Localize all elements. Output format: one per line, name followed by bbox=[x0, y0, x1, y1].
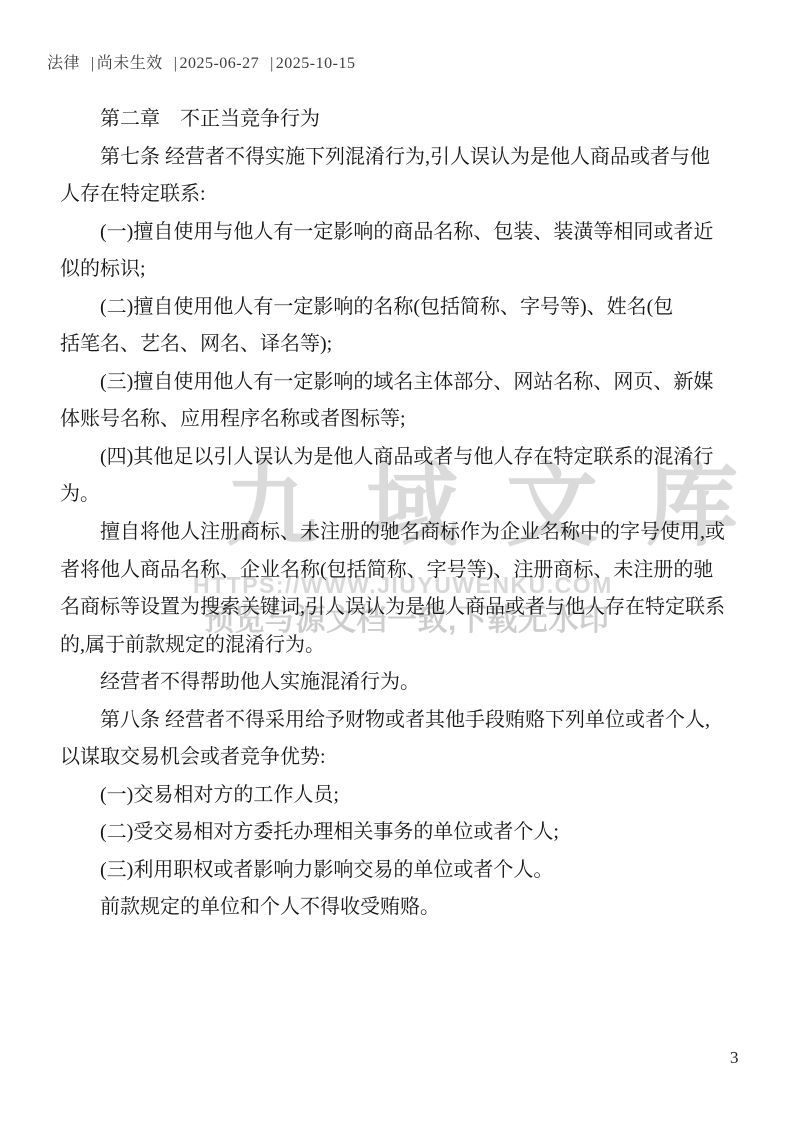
effective-date: 2025-10-15 bbox=[276, 55, 356, 72]
document-body: 第二章 不正当竞争行为第七条 经营者不得实施下列混淆行为,引人误认为是他人商品或… bbox=[60, 101, 738, 927]
body-line: (四)其他足以引人误认为是他人商品或者与他人存在特定联系的混淆行 bbox=[60, 439, 738, 477]
document-page: 法律|尚未生效|2025-06-27|2025-10-15 九域文库 HTTPS… bbox=[0, 0, 793, 1122]
body-line: 以谋取交易机会或者竞争优势: bbox=[60, 739, 738, 777]
page-number: 3 bbox=[730, 1048, 739, 1068]
body-line: (一)擅自使用与他人有一定影响的商品名称、包装、装潢等相同或者近 bbox=[60, 214, 738, 252]
status-label: 尚未生效 bbox=[97, 55, 163, 72]
body-line: 为。 bbox=[60, 476, 738, 514]
meta-separator: | bbox=[270, 55, 274, 72]
doc-type-label: 法律 bbox=[47, 55, 80, 72]
body-line: (三)擅自使用他人有一定影响的域名主体部分、网站名称、网页、新媒 bbox=[60, 364, 738, 402]
meta-separator: | bbox=[174, 55, 178, 72]
body-line: 前款规定的单位和个人不得收受贿赂。 bbox=[60, 889, 738, 927]
body-line: (二)擅自使用他人有一定影响的名称(包括简称、字号等)、姓名(包 bbox=[60, 289, 738, 327]
body-line: 体账号名称、应用程序名称或者图标等; bbox=[60, 401, 738, 439]
body-line: 经营者不得帮助他人实施混淆行为。 bbox=[60, 664, 738, 702]
body-line: 第七条 经营者不得实施下列混淆行为,引人误认为是他人商品或者与他 bbox=[60, 139, 738, 177]
body-line: 擅自将他人注册商标、未注册的驰名商标作为企业名称中的字号使用,或 bbox=[60, 514, 738, 552]
body-line: 似的标识; bbox=[60, 251, 738, 289]
header-meta: 法律|尚未生效|2025-06-27|2025-10-15 bbox=[47, 50, 355, 73]
body-line: 的,属于前款规定的混淆行为。 bbox=[60, 627, 738, 665]
meta-separator: | bbox=[91, 55, 95, 72]
body-line: 第二章 不正当竞争行为 bbox=[60, 101, 738, 139]
body-line: 括笔名、艺名、网名、译名等); bbox=[60, 326, 738, 364]
body-line: (一)交易相对方的工作人员; bbox=[60, 777, 738, 815]
body-line: (二)受交易相对方委托办理相关事务的单位或者个人; bbox=[60, 814, 738, 852]
body-line: 人存在特定联系: bbox=[60, 176, 738, 214]
publish-date: 2025-06-27 bbox=[179, 55, 259, 72]
body-line: (三)利用职权或者影响力影响交易的单位或者个人。 bbox=[60, 852, 738, 890]
body-line: 者将他人商品名称、企业名称(包括简称、字号等)、注册商标、未注册的驰 bbox=[60, 552, 738, 590]
body-line: 第八条 经营者不得采用给予财物或者其他手段贿赂下列单位或者个人, bbox=[60, 702, 738, 740]
body-line: 名商标等设置为搜索关键词,引人误认为是他人商品或者与他人存在特定联系 bbox=[60, 589, 738, 627]
